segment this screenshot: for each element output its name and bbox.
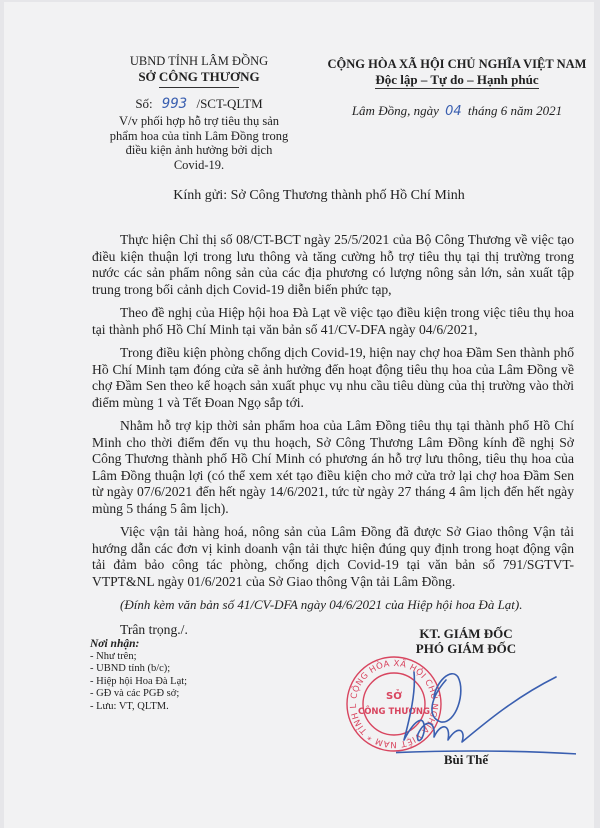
number-label: Số: <box>135 96 152 111</box>
recipient-item: - Hiệp hội Hoa Đà Lạt; <box>90 676 187 689</box>
nation-title: CỘNG HÒA XÃ HỘI CHỦ NGHĨA VIỆT NAM <box>322 57 592 72</box>
department-name: SỞ CÔNG THƯƠNG <box>104 69 294 84</box>
divider <box>159 87 239 88</box>
date-day: 04 <box>442 104 465 119</box>
document-number: Số: 993 /SCT-QLTM <box>104 96 294 112</box>
signer-title-1: KT. GIÁM ĐỐC <box>376 626 556 641</box>
subject-line: phẩm hoa của tỉnh Lâm Đồng trong <box>104 129 294 144</box>
recipient-item: - Lưu: VT, QLTM. <box>90 701 187 714</box>
date-prefix: Lâm Đồng, ngày <box>352 103 439 118</box>
body-paragraph: Việc vận tải hàng hoá, nông sản của Lâm … <box>92 524 574 590</box>
addressee: Kính gửi: Sở Công Thương thành phố Hồ Ch… <box>4 188 600 204</box>
signer-name: Bùi Thế <box>376 752 556 767</box>
national-motto: Độc lập – Tự do – Hạnh phúc <box>375 72 538 89</box>
recipients-list: Nơi nhận: - Như trên; - UBND tỉnh (b/c);… <box>90 638 187 713</box>
recipient-item: - Như trên; <box>90 651 187 664</box>
number-value: 993 <box>156 96 193 112</box>
recipient-item: - UBND tỉnh (b/c); <box>90 663 187 676</box>
document-page: UBND TỈNH LÂM ĐỒNG SỞ CÔNG THƯƠNG Số: 99… <box>4 2 594 828</box>
letter-body: Thực hiện Chỉ thị số 08/CT-BCT ngày 25/5… <box>92 232 574 645</box>
document-subject: V/v phối hợp hỗ trợ tiêu thụ sản phẩm ho… <box>104 114 294 172</box>
number-suffix: /SCT-QLTM <box>196 96 262 111</box>
issuing-authority-block: UBND TỈNH LÂM ĐỒNG SỞ CÔNG THƯƠNG Số: 99… <box>104 54 294 172</box>
signer-title-2: PHÓ GIÁM ĐỐC <box>376 641 556 656</box>
recipients-title: Nơi nhận: <box>90 638 187 651</box>
subject-line: điều kiện ảnh hưởng bởi dịch <box>104 143 294 158</box>
signature-block: KT. GIÁM ĐỐC PHÓ GIÁM ĐỐC Bùi Thế <box>376 626 556 656</box>
body-paragraph: Thực hiện Chỉ thị số 08/CT-BCT ngày 25/5… <box>92 232 574 298</box>
national-header-block: CỘNG HÒA XÃ HỘI CHỦ NGHĨA VIỆT NAM Độc l… <box>322 57 592 119</box>
handwritten-signature-icon <box>396 662 576 757</box>
dateline: Lâm Đồng, ngày 04 tháng 6 năm 2021 <box>322 103 592 119</box>
attachment-note: (Đính kèm văn bản số 41/CV-DFA ngày 04/6… <box>92 597 574 614</box>
organization-name: UBND TỈNH LÂM ĐỒNG <box>104 54 294 69</box>
body-paragraph: Theo đề nghị của Hiệp hội hoa Đà Lạt về … <box>92 305 574 338</box>
body-paragraph: Trong điều kiện phòng chống dịch Covid-1… <box>92 345 574 411</box>
subject-line: Covid-19. <box>104 158 294 173</box>
body-paragraph: Nhằm hỗ trợ kịp thời sản phẩm hoa của Lâ… <box>92 418 574 517</box>
subject-line: V/v phối hợp hỗ trợ tiêu thụ sản <box>104 114 294 129</box>
recipient-item: - GĐ và các PGĐ sở; <box>90 688 187 701</box>
date-suffix: tháng 6 năm 2021 <box>468 103 562 118</box>
